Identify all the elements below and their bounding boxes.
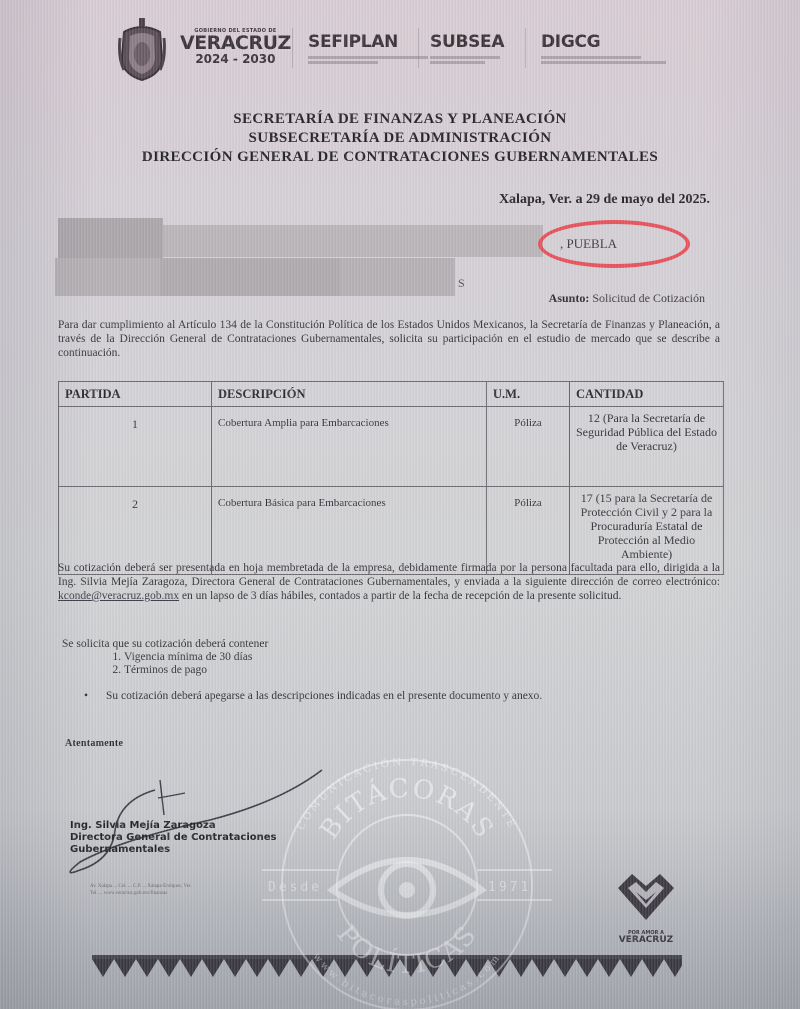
watermark-year: 1971 <box>488 880 531 895</box>
agency-subtitle <box>541 61 666 64</box>
agency-logo-sefiplan: SEFIPLAN <box>308 32 428 64</box>
cell-descripcion: Cobertura Amplia para Embarcaciones <box>212 407 487 487</box>
requirements-intro: Se solicita que su cotización deberá con… <box>62 638 542 651</box>
place-and-date: Xalapa, Ver. a 29 de mayo del 2025. <box>499 192 710 208</box>
state-coat-of-arms-icon <box>118 18 166 82</box>
agency-subtitle <box>430 61 485 64</box>
redacted-recipient <box>58 218 163 258</box>
cell-cantidad: 12 (Para la Secretaría de Seguridad Públ… <box>570 407 724 487</box>
agency-subtitle <box>430 56 500 59</box>
submission-paragraph: Su cotización deberá ser presentada en h… <box>58 561 720 603</box>
note-text: Su cotización deberá apegarse a las desc… <box>106 690 542 702</box>
watermark-title-bottom: POLÍTICAS <box>330 920 483 980</box>
government-logo: GOBIERNO DEL ESTADO DE VERACRUZ 2024 - 2… <box>180 28 291 66</box>
recipient-trailing-mark: S <box>458 276 465 291</box>
signer-block: Ing. Silvia Mejía Zaragoza Directora Gen… <box>70 820 276 856</box>
requirement-item: Términos de pago <box>124 664 542 677</box>
heart-emblem-icon <box>614 870 678 924</box>
heading-line-secretaria: SECRETARÍA DE FINANZAS Y PLANEACIÓN <box>0 110 800 129</box>
state-name: VERACRUZ <box>180 34 291 52</box>
quotation-items-table: PARTIDA DESCRIPCIÓN U.M. CANTIDAD 1 Cobe… <box>58 381 724 575</box>
requirements-note: Su cotización deberá apegarse a las desc… <box>62 690 542 703</box>
cell-um: Póliza <box>487 407 570 487</box>
requirements-list: Vigencia mínima de 30 días Términos de p… <box>62 651 542 677</box>
redacted-recipient <box>163 225 543 257</box>
subject-line: Asunto: Solicitud de Cotización <box>549 291 705 306</box>
signer-title: Directora General de Contrataciones <box>70 832 276 844</box>
agency-logo-subsea: SUBSEA <box>430 32 504 64</box>
por-amor-a-veracruz-logo: POR AMOR A VERACRUZ <box>611 870 681 945</box>
redacted-recipient <box>160 258 340 296</box>
table-row: 1 Cobertura Amplia para Embarcaciones Pó… <box>59 407 724 487</box>
header-divider <box>292 28 293 68</box>
intro-paragraph: Para dar cumplimiento al Artículo 134 de… <box>58 318 720 360</box>
agency-name: DIGCG <box>541 32 666 52</box>
agency-name: SUBSEA <box>430 32 504 52</box>
administration-period: 2024 - 2030 <box>180 52 291 66</box>
document-heading: SECRETARÍA DE FINANZAS Y PLANEACIÓN SUBS… <box>0 110 800 167</box>
heading-line-subsecretaria: SUBSECRETARÍA DE ADMINISTRACIÓN <box>0 129 800 148</box>
header-divider <box>418 28 419 68</box>
requirements-section: Se solicita que su cotización deberá con… <box>62 638 542 703</box>
signer-title: Gubernamentales <box>70 844 276 856</box>
svg-text:POLÍTICAS: POLÍTICAS <box>330 920 483 980</box>
header-divider <box>525 28 526 68</box>
agency-name: SEFIPLAN <box>308 32 428 52</box>
red-highlight-circle <box>538 220 690 268</box>
subject-label: Asunto: <box>549 291 590 305</box>
subject-value: Solicitud de Cotización <box>592 291 705 305</box>
signer-name: Ing. Silvia Mejía Zaragoza <box>70 820 276 832</box>
column-header-um: U.M. <box>487 382 570 407</box>
agency-subtitle <box>308 61 378 64</box>
watermark-since-label: Desde <box>268 880 322 895</box>
coat-of-arms-logo <box>118 18 166 82</box>
closing-salutation: Atentamente <box>65 738 123 749</box>
submission-text: Su cotización deberá ser presentada en h… <box>58 562 720 588</box>
logo-state: VERACRUZ <box>611 936 681 945</box>
table-header-row: PARTIDA DESCRIPCIÓN U.M. CANTIDAD <box>59 382 724 407</box>
heading-line-direccion: DIRECCIÓN GENERAL DE CONTRATACIONES GUBE… <box>0 148 800 167</box>
bitacoras-politicas-watermark: COMUNICACIÓN TRASCENDENTE BITÁCORAS POLÍ… <box>262 740 552 1009</box>
agency-subtitle <box>308 56 428 59</box>
column-header-descripcion: DESCRIPCIÓN <box>212 382 487 407</box>
contact-email-link[interactable]: kconde@veracruz.gob.mx <box>58 590 179 602</box>
agency-subtitle <box>541 56 641 59</box>
submission-text: en un lapso de 3 días hábiles, contados … <box>179 590 621 602</box>
agency-logo-digcg: DIGCG <box>541 32 666 64</box>
column-header-partida: PARTIDA <box>59 382 212 407</box>
requirement-item: Vigencia mínima de 30 días <box>124 651 542 664</box>
cell-partida: 1 <box>59 407 212 487</box>
column-header-cantidad: CANTIDAD <box>570 382 724 407</box>
